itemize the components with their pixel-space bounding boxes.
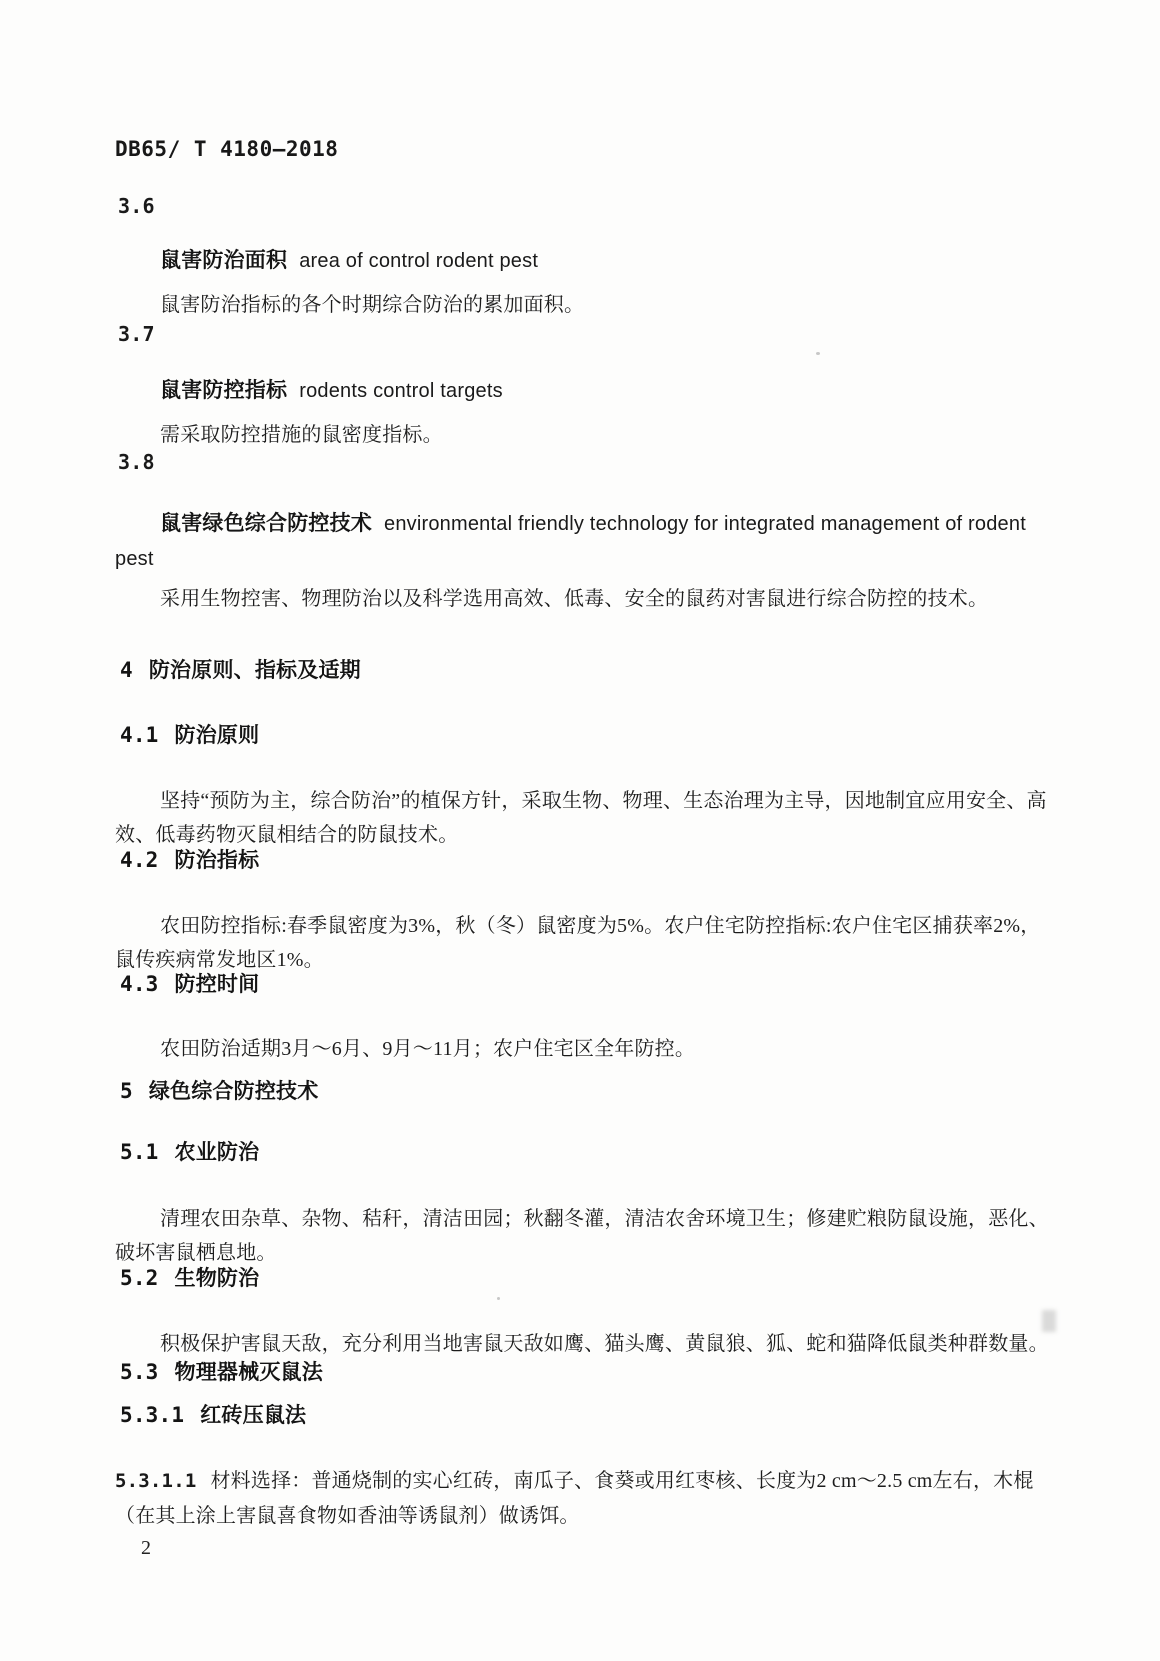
term-en-3-6: area of control rodent pest [299, 250, 538, 272]
scan-smudge [1042, 1310, 1056, 1332]
heading-4-3-number: 4.3 [120, 972, 159, 996]
term-entry-3-7: 鼠害防控指标rodents control targets [115, 374, 1050, 408]
heading-5-1: 5.1农业防治 [120, 1135, 1055, 1170]
heading-4-2: 4.2防治指标 [120, 843, 1055, 878]
heading-5-title: 绿色综合防控技术 [149, 1080, 319, 1103]
heading-5-2: 5.2生物防治 [120, 1261, 1055, 1296]
term-entry-3-8: 鼠害绿色综合防控技术environmental friendly technol… [115, 506, 1050, 577]
term-zh-3-6: 鼠害防治面积 [160, 249, 287, 272]
heading-5: 5绿色综合防控技术 [120, 1074, 1055, 1109]
clause-number-3-6: 3.6 [118, 189, 1053, 223]
heading-4-1: 4.1防治原则 [120, 718, 1055, 753]
term-entry-3-6: 鼠害防治面积area of control rodent pest [115, 244, 1050, 278]
heading-4-1-number: 4.1 [120, 723, 159, 747]
paragraph-5-3-1-1: 5.3.1.1材料选择：普通烧制的实心红砖，南瓜子、食葵或用红枣核、长度为2 c… [115, 1464, 1050, 1534]
heading-5-3: 5.3物理器械灭鼠法 [120, 1355, 1055, 1390]
heading-5-2-number: 5.2 [120, 1266, 159, 1290]
paragraph-5-3-1-1-text: 材料选择：普通烧制的实心红砖，南瓜子、食葵或用红枣核、长度为2 cm～2.5 c… [115, 1470, 1034, 1527]
term-zh-3-8: 鼠害绿色综合防控技术 [160, 512, 372, 535]
clause-number-5-3-1-1: 5.3.1.1 [115, 1470, 196, 1492]
definition-3-8: 采用生物控害、物理防治以及科学选用高效、低毒、安全的鼠药对害鼠进行综合防控的技术… [115, 582, 1050, 616]
heading-4-title: 防治原则、指标及适期 [149, 659, 361, 682]
clause-number-3-7: 3.7 [118, 317, 1053, 351]
scan-artifact-dot [816, 352, 820, 355]
heading-5-1-number: 5.1 [120, 1140, 159, 1164]
heading-5-3-1-number: 5.3.1 [120, 1403, 184, 1427]
heading-4-2-number: 4.2 [120, 848, 159, 872]
document-header: DB65/ T 4180—2018 [115, 132, 1050, 166]
paragraph-4-1: 坚持“预防为主，综合防治”的植保方针，采取生物、物理、生态治理为主导，因地制宜应… [115, 784, 1050, 852]
heading-4-3: 4.3防控时间 [120, 967, 1055, 1002]
heading-4-3-title: 防控时间 [175, 973, 260, 996]
heading-4: 4防治原则、指标及适期 [120, 653, 1055, 688]
paragraph-4-3: 农田防治适期3月～6月、9月～11月；农户住宅区全年防控。 [115, 1032, 1050, 1066]
clause-number-3-8: 3.8 [118, 445, 1053, 479]
heading-4-1-title: 防治原则 [175, 724, 260, 747]
heading-4-number: 4 [120, 658, 133, 682]
term-zh-3-7: 鼠害防控指标 [160, 379, 287, 402]
heading-5-3-number: 5.3 [120, 1360, 159, 1384]
paragraph-5-1: 清理农田杂草、杂物、秸秆，清洁田园；秋翻冬灌，清洁农舍环境卫生；修建贮粮防鼠设施… [115, 1202, 1050, 1270]
heading-5-3-1-title: 红砖压鼠法 [200, 1404, 306, 1427]
heading-5-number: 5 [120, 1079, 133, 1103]
term-en-3-7: rodents control targets [299, 380, 503, 402]
heading-5-1-title: 农业防治 [175, 1141, 260, 1164]
heading-4-2-title: 防治指标 [175, 849, 260, 872]
heading-5-3-title: 物理器械灭鼠法 [175, 1361, 323, 1384]
scan-artifact-dot [497, 1297, 500, 1300]
heading-5-3-1: 5.3.1红砖压鼠法 [120, 1398, 1055, 1433]
page-number: 2 [141, 1531, 201, 1565]
document-page: DB65/ T 4180—2018 3.6 鼠害防治面积area of cont… [0, 0, 1160, 1661]
heading-5-2-title: 生物防治 [175, 1267, 260, 1290]
